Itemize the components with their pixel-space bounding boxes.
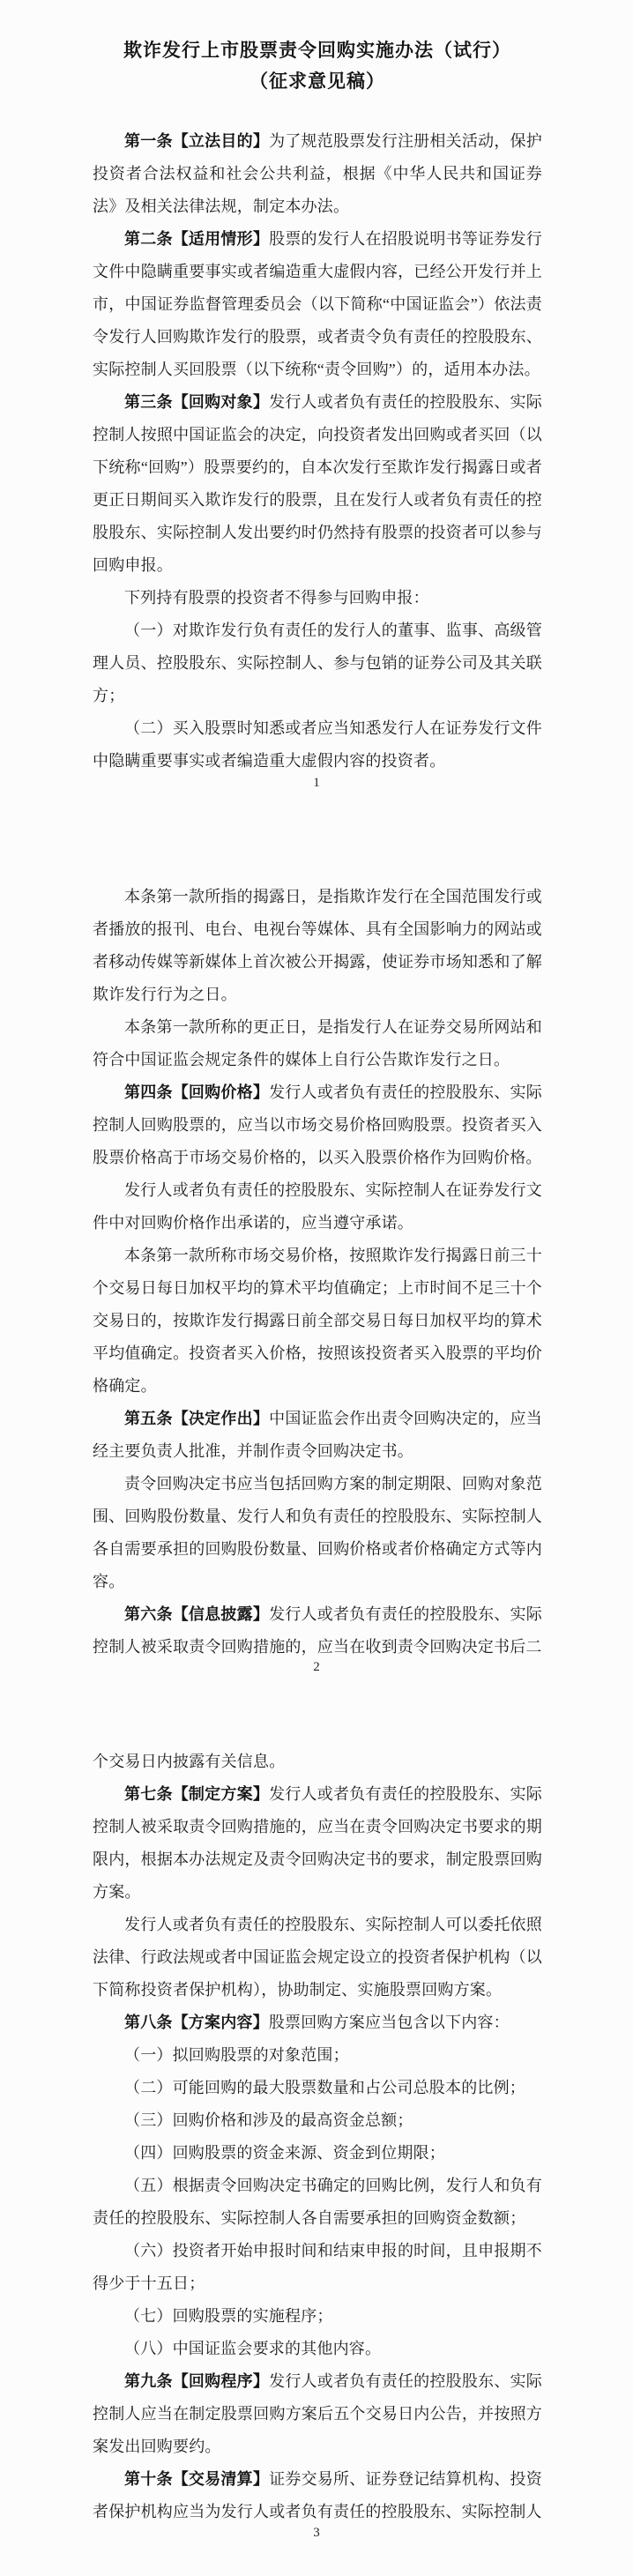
paragraph-text: （七）回购股票的实施程序；: [124, 2307, 333, 2325]
article-paragraph: 第九条【回购程序】发行人或者负有责任的控股股东、实际控制人应当在制定股票回购方案…: [93, 2365, 542, 2463]
paragraph-text: 股票的发行人在招股说明书等证券发行文件中隐瞒重要事实或者编造重大虚假内容，已经公…: [93, 230, 542, 378]
paragraph-text: 股票回购方案应当包含以下内容：: [269, 2014, 510, 2031]
body-paragraph: （七）回购股票的实施程序；: [93, 2300, 542, 2333]
paragraph-text: （八）中国证监会要求的其他内容。: [124, 2340, 381, 2357]
article-paragraph: 第一条【立法目的】为了规范股票发行注册相关活动，保护投资者合法权益和社会公共利益…: [93, 125, 542, 223]
article-paragraph: 第二条【适用情形】股票的发行人在招股说明书等证券发行文件中隐瞒重要事实或者编造重…: [93, 223, 542, 386]
article-label: 第十条【交易清算】: [124, 2470, 269, 2488]
body-paragraph: 下列持有股票的投资者不得参与回购申报：: [93, 582, 542, 614]
body-paragraph: 本条第一款所指的揭露日，是指欺诈发行在全国范围发行或者播放的报刊、电台、电视台等…: [93, 881, 542, 1011]
article-paragraph: 第十条【交易清算】证券交易所、证券登记结算机构、投资者保护机构应当为发行人或者负…: [93, 2463, 542, 2528]
page-number-2: 2: [0, 1658, 633, 1676]
paragraph-text: 本条第一款所称的更正日，是指发行人在证券交易所网站和符合中国证监会规定条件的媒体…: [93, 1018, 542, 1068]
body-paragraph: （二）可能回购的最大股票数量和占公司总股本的比例；: [93, 2072, 542, 2104]
article-paragraph: 第八条【方案内容】股票回购方案应当包含以下内容：: [93, 2006, 542, 2039]
article-paragraph: 第六条【信息披露】发行人或者负有责任的控股股东、实际控制人被采取责令回购措施的，…: [93, 1598, 542, 1664]
body-paragraph: 责令回购决定书应当包括回购方案的制定期限、回购对象范围、回购股份数量、发行人和负…: [93, 1468, 542, 1598]
paragraph-text: 发行人或者负有责任的控股股东、实际控制人按照中国证监会的决定，向投资者发出回购或…: [93, 393, 542, 574]
body-paragraph: （二）买入股票时知悉或者应当知悉发行人在证券发行文件中隐瞒重要事实或者编造重大虚…: [93, 712, 542, 778]
body-paragraph: 发行人或者负有责任的控股股东、实际控制人可以委托依照法律、行政法规或者中国证监会…: [93, 1909, 542, 2006]
paragraph-text: 本条第一款所称市场交易价格，按照欺诈发行揭露日前三十个交易日每日加权平均的算术平…: [93, 1247, 542, 1395]
paragraph-text: （四）回购股票的资金来源、资金到位期限；: [124, 2144, 445, 2162]
paragraph-text: 责令回购决定书应当包括回购方案的制定期限、回购对象范围、回购股份数量、发行人和负…: [93, 1475, 542, 1590]
body-paragraph: （六）投资者开始申报时间和结束申报的时间，且申报期不得少于十五日；: [93, 2235, 542, 2300]
paragraph-text: （五）根据责令回购决定书确定的回购比例，发行人和负有责任的控股股东、实际控制人各…: [93, 2177, 542, 2227]
article-paragraph: 第七条【制定方案】发行人或者负有责任的控股股东、实际控制人被采取责令回购措施的，…: [93, 1778, 542, 1909]
page-3: 个交易日内披露有关信息。第七条【制定方案】发行人或者负有责任的控股股东、实际控制…: [0, 1726, 633, 2576]
article-label: 第七条【制定方案】: [124, 1785, 269, 1803]
title-line-2: （征求意见稿）: [93, 66, 542, 97]
page-number-1: 1: [0, 774, 633, 792]
page-2-body: 本条第一款所指的揭露日，是指欺诈发行在全国范围发行或者播放的报刊、电台、电视台等…: [93, 881, 542, 1664]
body-paragraph: 本条第一款所称市场交易价格，按照欺诈发行揭露日前三十个交易日每日加权平均的算术平…: [93, 1240, 542, 1403]
paragraph-text: （六）投资者开始申报时间和结束申报的时间，且申报期不得少于十五日；: [93, 2242, 542, 2292]
body-paragraph: （四）回购股票的资金来源、资金到位期限；: [93, 2137, 542, 2170]
paragraph-text: 下列持有股票的投资者不得参与回购申报：: [124, 589, 429, 607]
paragraph-text: 个交易日内披露有关信息。: [93, 1753, 285, 1770]
paragraph-text: 本条第一款所指的揭露日，是指欺诈发行在全国范围发行或者播放的报刊、电台、电视台等…: [93, 888, 542, 1003]
paragraph-text: （二）可能回购的最大股票数量和占公司总股本的比例；: [124, 2079, 525, 2096]
body-paragraph: 本条第一款所称的更正日，是指发行人在证券交易所网站和符合中国证监会规定条件的媒体…: [93, 1011, 542, 1076]
article-label: 第五条【决定作出】: [124, 1410, 269, 1427]
document-scan: 欺诈发行上市股票责令回购实施办法（试行） （征求意见稿） 第一条【立法目的】为了…: [0, 0, 633, 2576]
body-paragraph: 发行人或者负有责任的控股股东、实际控制人在证券发行文件中对回购价格作出承诺的，应…: [93, 1174, 542, 1240]
article-label: 第八条【方案内容】: [124, 2014, 269, 2031]
paragraph-text: （二）买入股票时知悉或者应当知悉发行人在证券发行文件中隐瞒重要事实或者编造重大虚…: [93, 719, 542, 770]
page-3-body: 个交易日内披露有关信息。第七条【制定方案】发行人或者负有责任的控股股东、实际控制…: [93, 1746, 542, 2528]
paragraph-text: （一）拟回购股票的对象范围；: [124, 2046, 349, 2064]
article-paragraph: 第五条【决定作出】中国证监会作出责令回购决定的，应当经主要负责人批准，并制作责令…: [93, 1403, 542, 1468]
article-paragraph: 第四条【回购价格】发行人或者负有责任的控股股东、实际控制人回购股票的，应当以市场…: [93, 1076, 542, 1174]
article-label: 第一条【立法目的】: [124, 132, 269, 150]
body-paragraph: （三）回购价格和涉及的最高资金总额；: [93, 2104, 542, 2137]
paragraph-text: 发行人或者负有责任的控股股东、实际控制人在证券发行文件中对回购价格作出承诺的，应…: [93, 1181, 542, 1232]
page-2: 本条第一款所指的揭露日，是指欺诈发行在全国范围发行或者播放的报刊、电台、电视台等…: [0, 854, 633, 1726]
page-1: 欺诈发行上市股票责令回购实施办法（试行） （征求意见稿） 第一条【立法目的】为了…: [0, 0, 633, 854]
body-paragraph: （五）根据责令回购决定书确定的回购比例，发行人和负有责任的控股股东、实际控制人各…: [93, 2170, 542, 2235]
document-title: 欺诈发行上市股票责令回购实施办法（试行） （征求意见稿）: [93, 35, 542, 97]
body-paragraph: （八）中国证监会要求的其他内容。: [93, 2333, 542, 2365]
article-paragraph: 第三条【回购对象】发行人或者负有责任的控股股东、实际控制人按照中国证监会的决定，…: [93, 386, 542, 582]
body-paragraph: （一）对欺诈发行负有责任的发行人的董事、监事、高级管理人员、控股股东、实际控制人…: [93, 614, 542, 712]
body-paragraph: （一）拟回购股票的对象范围；: [93, 2039, 542, 2072]
page-1-body: 第一条【立法目的】为了规范股票发行注册相关活动，保护投资者合法权益和社会公共利益…: [93, 125, 542, 778]
article-label: 第六条【信息披露】: [124, 1605, 269, 1623]
paragraph-text: （三）回购价格和涉及的最高资金总额；: [124, 2111, 413, 2129]
article-label: 第九条【回购程序】: [124, 2372, 269, 2390]
page-number-3: 3: [0, 2524, 633, 2542]
article-label: 第三条【回购对象】: [124, 393, 269, 411]
body-paragraph: 个交易日内披露有关信息。: [93, 1746, 542, 1778]
title-line-1: 欺诈发行上市股票责令回购实施办法（试行）: [93, 35, 542, 66]
article-label: 第四条【回购价格】: [124, 1083, 269, 1101]
paragraph-text: （一）对欺诈发行负有责任的发行人的董事、监事、高级管理人员、控股股东、实际控制人…: [93, 622, 542, 704]
paragraph-text: 发行人或者负有责任的控股股东、实际控制人可以委托依照法律、行政法规或者中国证监会…: [93, 1916, 542, 1999]
article-label: 第二条【适用情形】: [124, 230, 269, 248]
